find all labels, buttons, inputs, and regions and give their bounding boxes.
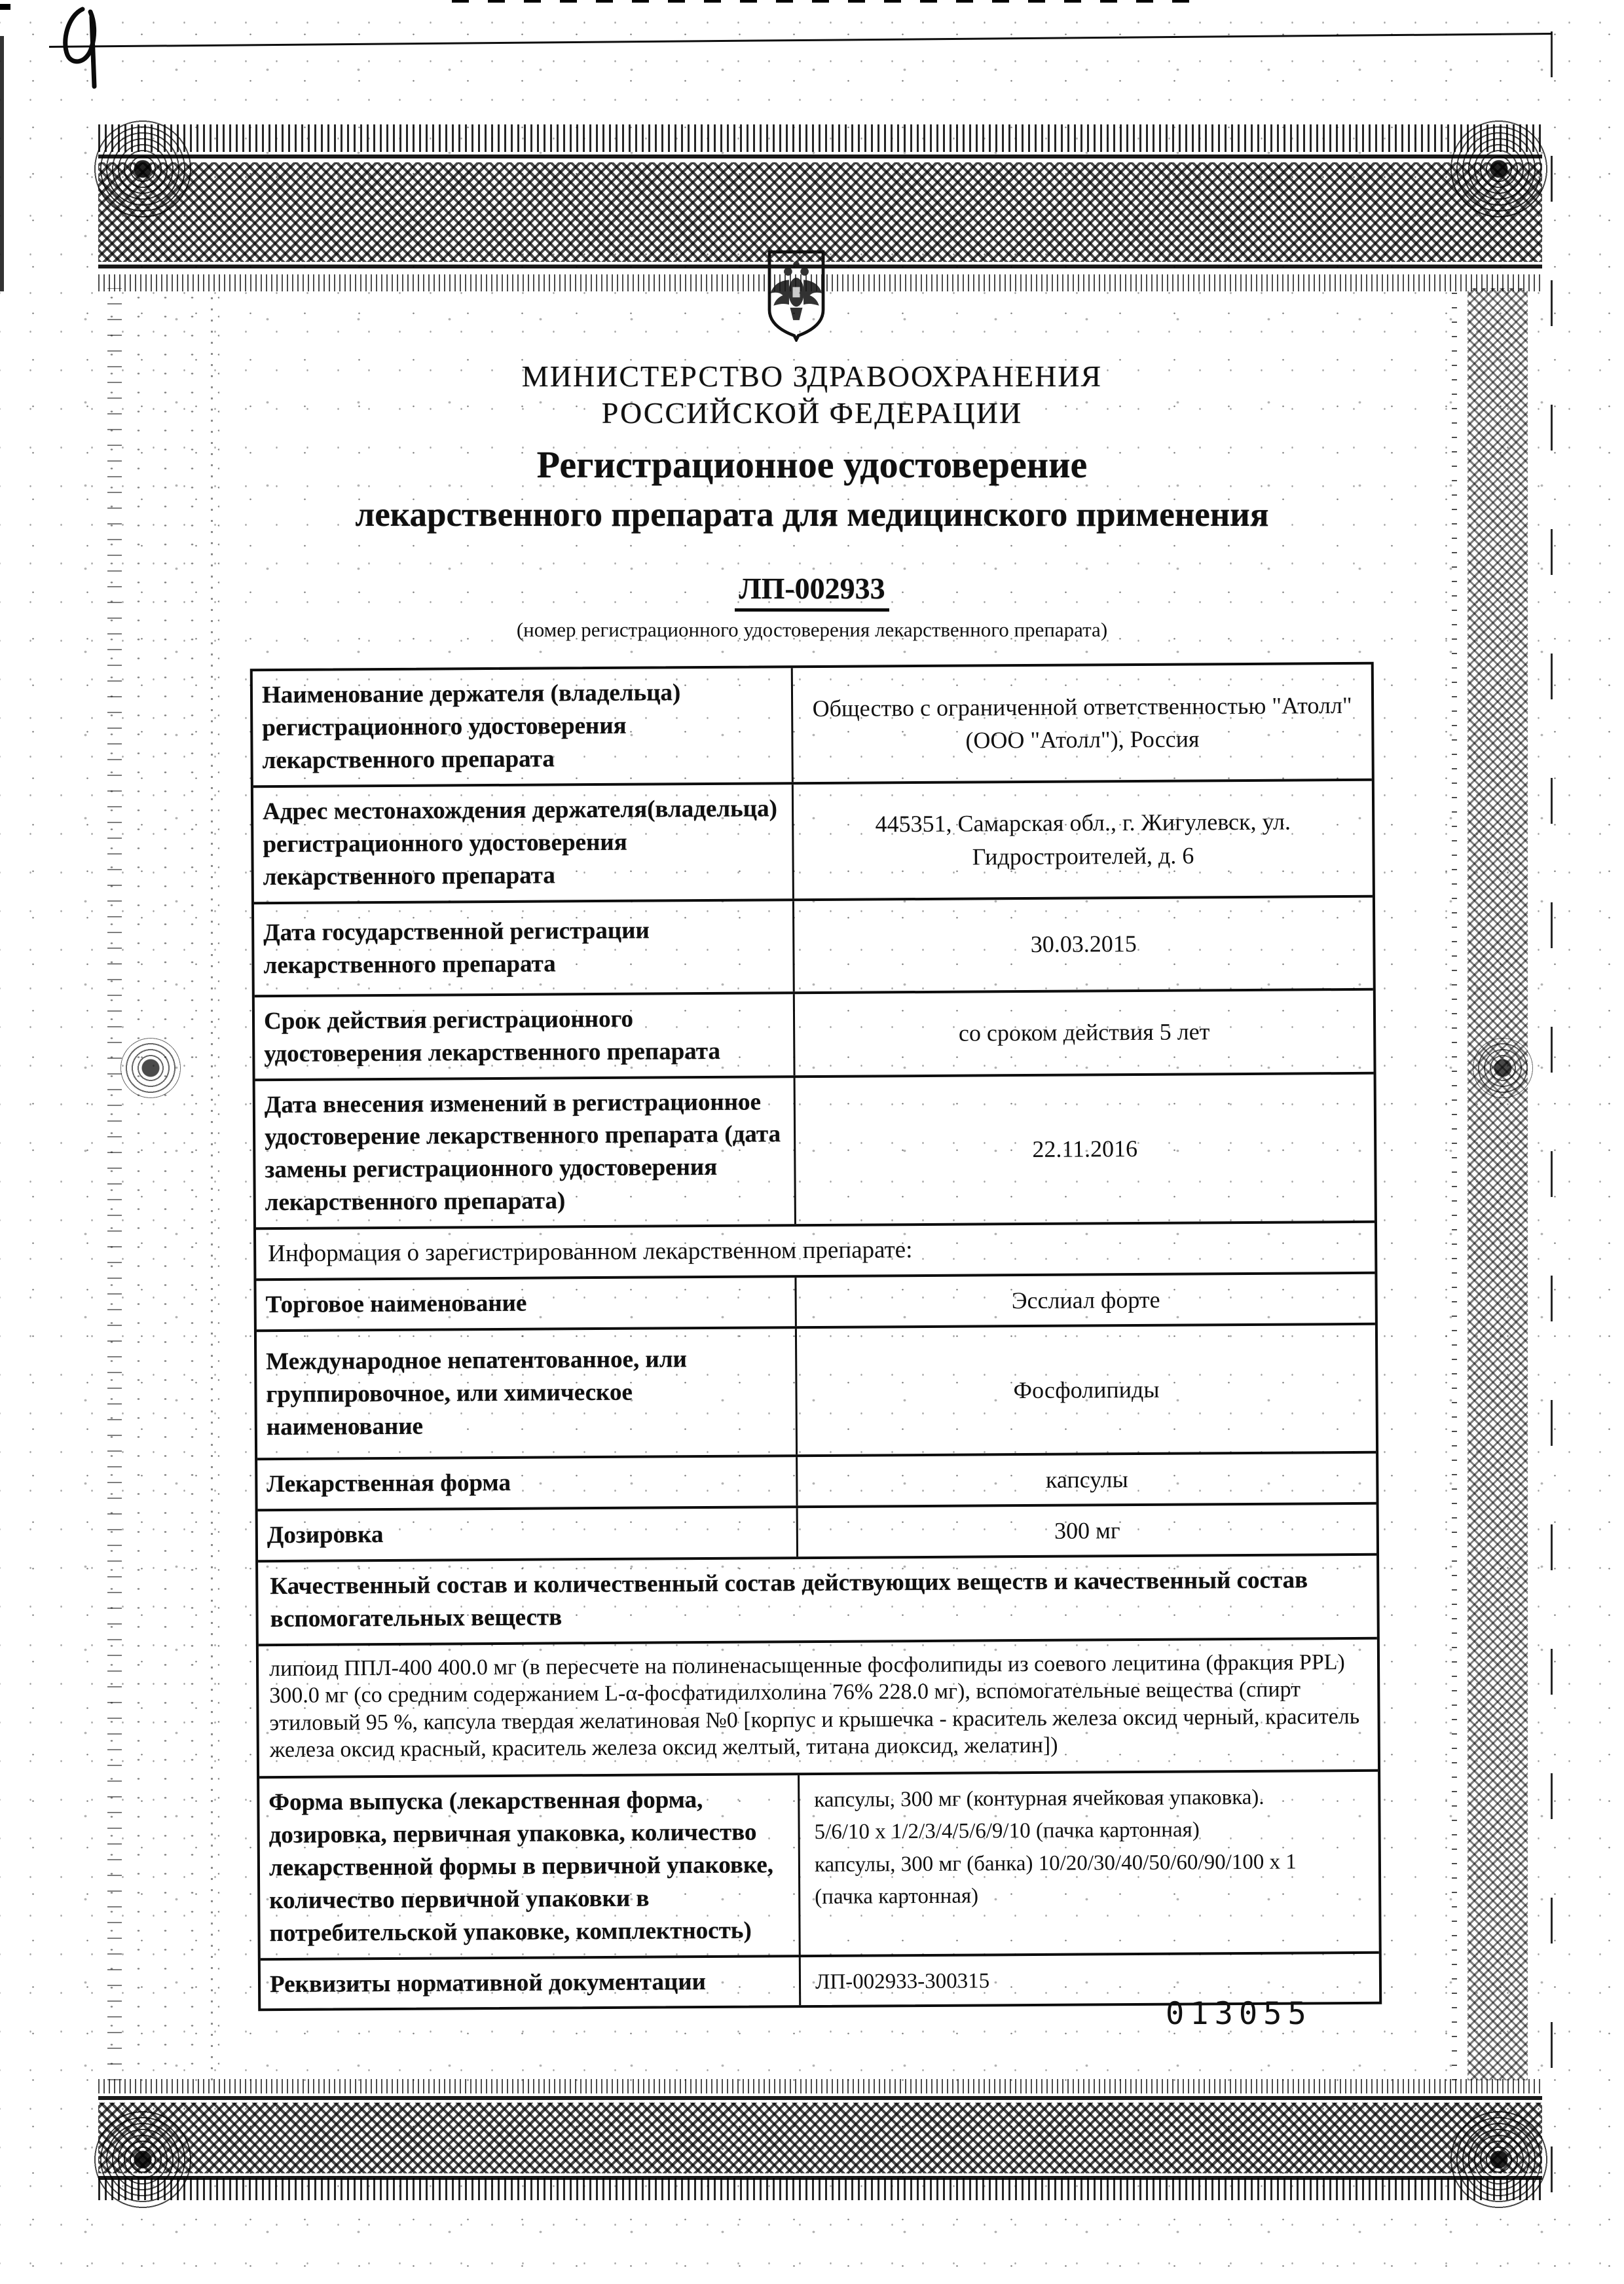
row-value: со сроком действия 5 лет [795,990,1374,1075]
row-label: Форма выпуска (лекарственная форма, дози… [259,1775,801,1958]
row-value: Общество с ограниченной ответственностью… [793,665,1372,782]
row-label: Срок действия регистрационного удостовер… [255,994,796,1078]
border-band-left [98,288,219,2080]
table-row: липоид ППЛ-400 400.0 мг (в пересчете на … [259,1637,1378,1776]
table-row: Срок действия регистрационного удостовер… [255,987,1374,1078]
ministry-name-line2: РОССИЙСКОЙ ФЕДЕРАЦИИ [0,396,1624,430]
row-label: Наименование держателя (владельца) регис… [253,668,794,785]
handwritten-mark [58,3,130,91]
border-band-bottom [98,2079,1542,2200]
row-value: 445351, Самарская обл., г. Жигулевск, ул… [794,781,1373,898]
composition-text: липоид ППЛ-400 400.0 мг (в пересчете на … [259,1640,1378,1776]
registration-number-wrap: ЛП-002933 [0,571,1624,612]
corner-rosette-ornament [90,117,195,221]
registration-number: ЛП-002933 [735,571,889,612]
registration-number-caption: (номер регистрационного удостоверения ле… [0,618,1624,642]
composition-header: Качественный состав и количественный сос… [258,1556,1377,1644]
table-row: Лекарственная форма капсулы [257,1451,1376,1509]
corner-rosette-ornament [1447,2107,1551,2212]
row-label: Дата государственной регистрации лекарст… [254,901,795,995]
side-rosette-ornament [120,1038,181,1098]
table-row: Торговое наименование Эсслиал форте [256,1272,1375,1329]
row-label: Дозировка [258,1508,798,1560]
ministry-name-line1: МИНИСТЕРСТВО ЗДРАВООХРАНЕНИЯ [0,359,1624,394]
row-value: Эсслиал форте [796,1274,1375,1326]
scanned-certificate-page: МИНИСТЕРСТВО ЗДРАВООХРАНЕНИЯ РОССИЙСКОЙ … [0,0,1624,2284]
table-row: Наименование держателя (владельца) регис… [253,665,1372,785]
row-value: 30.03.2015 [794,897,1373,991]
row-label: Международное непатентованное, или групп… [257,1329,798,1458]
table-row: Международное непатентованное, или групп… [257,1323,1376,1458]
border-band-right [1450,288,1542,2080]
row-label: Адрес местонахождения держателя(владельц… [253,784,794,902]
table-row: Дата внесения изменений в регистрационно… [255,1071,1375,1227]
table-row: Форма выпуска (лекарственная форма, дози… [259,1769,1379,1958]
scan-edge-mark [0,4,10,10]
document-title-line2: лекарственного препарата для медицинског… [0,495,1624,534]
table-row: Информация о зарегистрированном лекарств… [256,1221,1375,1278]
table-row: Качественный состав и количественный сос… [258,1553,1377,1644]
table-row: Адрес местонахождения держателя(владельц… [253,779,1373,902]
row-value: капсулы, 300 мг (контурная ячейковая упа… [800,1772,1379,1955]
row-label: Дата внесения изменений в регистрационно… [255,1078,796,1228]
row-value: капсулы [798,1454,1376,1505]
corner-rosette-ornament [1447,117,1551,221]
table-row: Дозировка 300 мг [258,1502,1376,1560]
row-value: 300 мг [798,1505,1376,1556]
section-header: Информация о зарегистрированном лекарств… [256,1226,925,1278]
row-value: 22.11.2016 [796,1074,1375,1224]
scan-edge-shadow [0,36,4,291]
corner-rosette-ornament [90,2107,195,2212]
russia-coat-of-arms-icon [754,249,838,342]
table-row: Дата государственной регистрации лекарст… [254,894,1373,994]
scan-dashed-line-top [452,0,1198,3]
scan-page-fold-line [49,33,1552,48]
side-rosette-ornament [1473,1038,1533,1098]
row-value: Фосфолипиды [797,1325,1376,1454]
form-serial-number: 013055 [1166,1996,1312,2032]
row-label: Реквизиты нормативной документации [261,1957,801,2009]
document-title-line1: Регистрационное удостоверение [0,443,1624,487]
row-label: Торговое наименование [256,1278,796,1329]
row-label: Лекарственная форма [257,1457,798,1509]
certificate-table: Наименование держателя (владельца) регис… [250,662,1382,2012]
